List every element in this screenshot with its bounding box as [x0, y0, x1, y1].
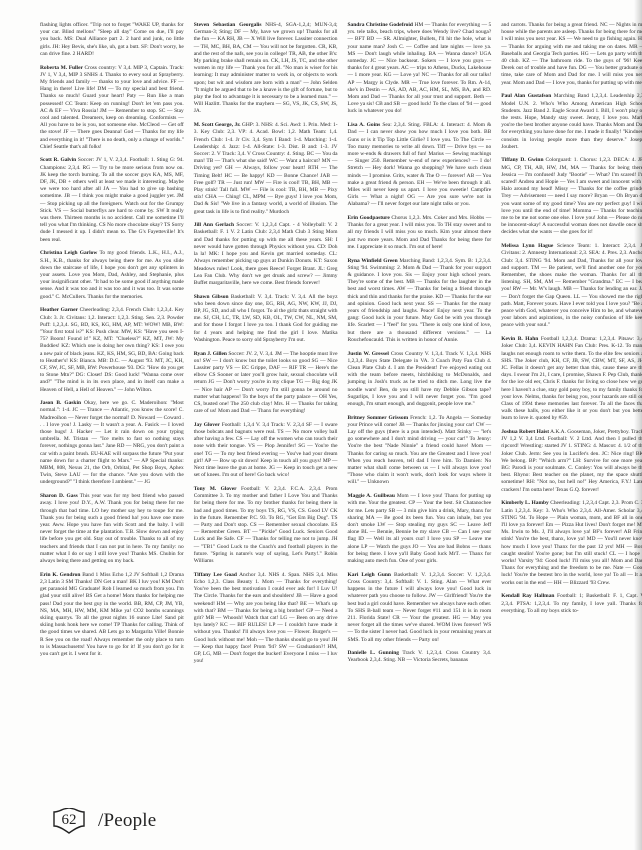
entry-text: GHP: 3. NHS: 4. Sci. Awd: 1. Prin. Med: … [194, 122, 338, 214]
entry-text: Science Team: 1. Interact: 2,3,4. Jr. Ci… [501, 243, 642, 328]
page-footer: 62 /People [52, 808, 156, 834]
entry-text: Anchor 3,4. NHS 4. Span. NHS 3,4. Miss E… [194, 572, 338, 664]
student-name: Steven Sebastian Georgalis [194, 22, 262, 28]
senior-entry: Kendall Ray Hallman Football: 1; Basketb… [501, 593, 642, 615]
student-name: Jay Glover [194, 422, 220, 428]
student-name: Justin W. Gressel [348, 351, 389, 357]
column-1: flashing lights officer. ''Trip not to f… [40, 22, 184, 672]
senior-entries: flashing lights officer. ''Trip not to f… [40, 22, 642, 672]
entry-text: Sea: 2,3,4. Sting. FBLA: 4. Interact: 4.… [348, 122, 492, 207]
entry-text: and carrots. Thanks for being a great fr… [501, 22, 642, 86]
student-name: Erin K. Gendron [40, 572, 80, 578]
senior-entry: Heather Garner Cheerleading: 2,3,4. Fren… [40, 307, 184, 393]
senior-entry: Erin K. Gendron Band 1 Miss Echo 1,2 JV … [40, 572, 184, 658]
student-name: Kari Leigh Gunn [348, 572, 391, 578]
senior-entry: Jill Ann Gerlach Soccer: V. 1,2,3,4 Capt… [194, 222, 338, 287]
entry-text: Basketball: V. 1,2,3,4. Soccer: V. 1,2,3… [348, 572, 492, 643]
student-name: Tony M. Glover [194, 486, 237, 492]
senior-entry: Jason B. Gaskin Okay, here we go. C. Mad… [40, 400, 184, 486]
senior-entry: Maggie A. Guilbeau Mom — I love you! Tha… [348, 493, 492, 565]
entry-text: NHS-4, SGA-1,2,4; MUN-3,4; German-3; Sti… [194, 22, 338, 114]
senior-entry: and carrots. Thanks for being a great fr… [501, 22, 642, 87]
student-name: Kimberly L. Hamby [501, 500, 548, 506]
student-name: M. Scott George, Jr. [194, 122, 241, 128]
entry-text: This year was for my best friend who pas… [40, 493, 184, 564]
student-name: Lisa A. Goins [348, 122, 381, 128]
student-name: Scott R. Galvin [40, 157, 76, 163]
column-2: Steven Sebastian Georgalis NHS-4, SGA-1,… [194, 22, 338, 672]
senior-entry: Lisa A. Goins Sea: 2,3,4. Sting. FBLA: 4… [348, 122, 492, 208]
entry-text: Colorguard: 1. Chorus: 1,2,3. DECA: 4. J… [501, 157, 642, 235]
yearbook-page: flashing lights officer. ''Trip not to f… [0, 0, 642, 850]
senior-entry: Joshua Robert Haist A.K.A. Gooseman, Jok… [501, 429, 642, 494]
entry-text: A.K.A. Gooseman, Joker, Prettyboy. Track… [501, 429, 642, 493]
student-name: Roberta M. Fuller [40, 65, 83, 71]
entry-text: French: 1,2. To Angela — Someday your Pr… [348, 415, 492, 486]
senior-entry: Ryan J. Gillen Soccer: JV. 2, V. 3,4. JM… [194, 351, 338, 416]
student-name: Kevin B. Hahn [501, 336, 538, 342]
senior-entry: M. Scott George, Jr. GHP: 3. NHS: 4. Sci… [194, 122, 338, 216]
senior-entry: Kimberly L. Hamby Cheerleading: 1,2,3,4 … [501, 500, 642, 586]
column-3: Sandra Christine Godefroid HM — Thanks f… [348, 22, 492, 672]
senior-entry: Roberta M. Fuller Cross country: V 3,4. … [40, 65, 184, 151]
entry-text: Soccer: JV. 2, V. 3,4. JM — The hooptie … [194, 351, 338, 415]
entry-text: Okay, here we go. C. Maderoihon: ''Most … [40, 400, 184, 485]
entry-text: Football: V. 2,3,4. F.C.A. 2,3,4. Prom C… [194, 486, 338, 564]
senior-entry: Melissa Lynn Hague Science Team: 1. Inte… [501, 243, 642, 329]
entry-text: Cheerleading: 2,3,4. French Club: 1,2,3,… [40, 307, 184, 392]
entry-text: Cross country: V 3,4. MIP 3, Captain. Tr… [40, 65, 184, 150]
column-4: and carrots. Thanks for being a great fr… [501, 22, 642, 672]
student-name: Maggie A. Guilbeau [348, 493, 395, 499]
entry-text: flashing lights officer. ''Trip not to f… [40, 22, 184, 57]
entry-text: HM — Thanks for everything — 5 yrs. tele… [348, 22, 492, 114]
student-name: Ryna Winfield Green [348, 258, 398, 264]
senior-entry: Tony M. Glover Football: V. 2,3,4. F.C.A… [194, 486, 338, 565]
senior-entry: Britney Sommer Grissom French: 1,2. To A… [348, 415, 492, 487]
entry-text: Football: 1,3,4 V. 3,4 Track: V. 2,3,4 S… [194, 422, 338, 478]
student-name: Christina Leigh Garlow [40, 250, 97, 256]
entry-text: Basketball: V. 3,4. Track: V. 3,4. All t… [194, 294, 338, 343]
page-number: 62 [52, 812, 86, 829]
senior-entry: Tiffany D. Gwinn Colorguard: 1. Chorus: … [501, 157, 642, 236]
entry-text: Marching Band: 1,2,3,4. Sym. B: 1,2,3,4.… [348, 258, 492, 343]
section-title: /People [98, 810, 156, 832]
senior-entry: Jay Glover Football: 1,3,4 V. 3,4 Track:… [194, 422, 338, 480]
student-name: Joshua Robert Haist [501, 429, 549, 435]
student-name: Jason B. Gaskin [40, 400, 81, 406]
senior-entry: Erin Goodpasture Chorus 1,2,3. Mrs. Coke… [348, 215, 492, 251]
student-name: Shawn Gibson [194, 294, 229, 300]
senior-entry: Ryna Winfield Green Marching Band: 1,2,3… [348, 258, 492, 344]
student-name: Heather Garner [40, 307, 78, 313]
senior-entry: Christina Leigh Garlow To my good friend… [40, 250, 184, 300]
entry-text: Soccer: V. 1,2,3,4 Capt. - 4 Volleyball:… [194, 222, 338, 286]
page-number-badge: 62 [52, 808, 86, 834]
entry-text: To my good friends. L.K., H.I., A.J., S.… [40, 250, 184, 299]
student-name: Melissa Lynn Hague [501, 243, 553, 249]
senior-entry: Kari Leigh Gunn Basketball: V. 1,2,3,4. … [348, 572, 492, 644]
senior-entry: Justin W. Gressel Cross Country V. 1,3,4… [348, 351, 492, 409]
senior-entry: Shawn Gibson Basketball: V. 3,4. Track: … [194, 294, 338, 344]
entry-text: Mom — I love you! Thanx for putting up w… [348, 493, 492, 564]
student-name: Erin Goodpasture [348, 215, 390, 221]
student-name: Ryan J. Gillen [194, 351, 227, 357]
senior-entry: Tiffany Lee Goad Anchor 3,4. NHS 4. Span… [194, 572, 338, 666]
entry-text: Cheerleading: 1,2,3,4 Capt. 2,3. Prom C.… [501, 500, 642, 585]
student-name: Tiffany D. Gwinn [501, 157, 543, 163]
entry-text: Cross Country V. 1,3,4. Track V. 1,3,4. … [348, 351, 492, 407]
student-name: Sharon D. Gass [40, 493, 78, 499]
senior-entry: flashing lights officer. ''Trip not to f… [40, 22, 184, 58]
student-name: Tiffany Lee Goad [194, 572, 237, 578]
senior-entry: Danielle L. Gunning Track V. 1,2,3,4. Cr… [348, 650, 492, 664]
senior-entry: Sandra Christine Godefroid HM — Thanks f… [348, 22, 492, 116]
binding-shadow [634, 0, 642, 850]
senior-entry: Sharon D. Gass This year was for my best… [40, 493, 184, 565]
student-name: Jill Ann Gerlach [194, 222, 234, 228]
entry-text: Soccer: JV 1, V. 2,3,4. Football: 1. Sti… [40, 157, 184, 242]
entry-text: Marching Band 1,2,3,4. Leadership 2,3. M… [501, 93, 642, 149]
senior-entry: Steven Sebastian Georgalis NHS-4, SGA-1,… [194, 22, 338, 116]
senior-entry: Paul Alan Gustafson Marching Band 1,2,3,… [501, 93, 642, 151]
entry-text: Football 1,2,3,4. Drama: 1,2,3,4. Pitsaw… [501, 336, 642, 421]
student-name: Paul Alan Gustafson [501, 93, 551, 99]
senior-entry: Kevin B. Hahn Football 1,2,3,4. Drama: 1… [501, 336, 642, 422]
student-name: Danielle L. Gunning [348, 650, 399, 656]
senior-entry: Scott R. Galvin Soccer: JV 1, V. 2,3,4. … [40, 157, 184, 243]
student-name: Sandra Christine Godefroid [348, 22, 413, 28]
entry-text: Band 1 Miss Echo 1,2 JV Softball 1,2 Dra… [40, 572, 184, 657]
student-name: Britney Sommer Grissom [348, 415, 409, 421]
student-name: Kendall Ray Hallman [501, 593, 554, 599]
